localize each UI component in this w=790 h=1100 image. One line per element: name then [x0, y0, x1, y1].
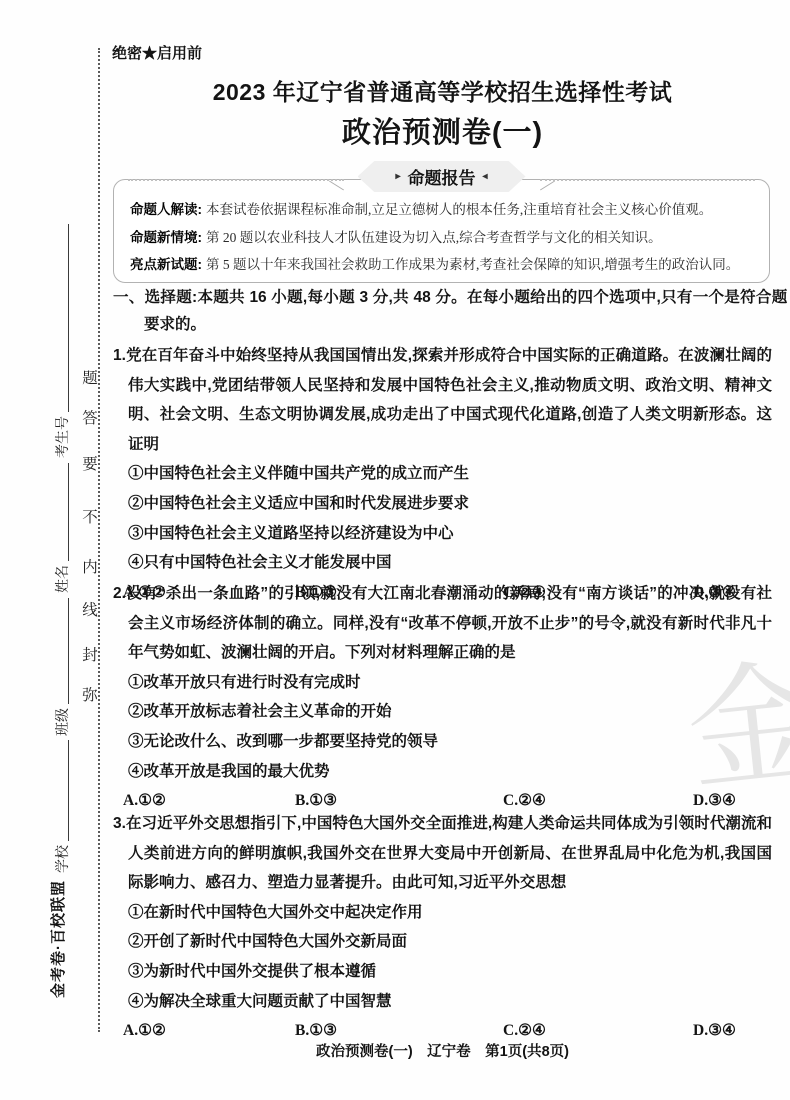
question-2-number: 2. — [113, 585, 126, 602]
name-blank-line — [68, 463, 69, 561]
question-1-option-4: ④只有中国特色社会主义才能发展中国 — [113, 548, 772, 578]
class-field: 班级 — [52, 596, 72, 736]
seal-char-yao: 要 — [81, 452, 99, 474]
question-2-option-2: ②改革开放标志着社会主义革命的开始 — [113, 697, 772, 727]
report-row-new-context: 命题新情境:第 20 题以农业科技人才队伍建设为切入点,综合考查哲学与文化的相关… — [130, 224, 753, 252]
question-2-option-4: ④改革开放是我国的最大优势 — [113, 757, 772, 787]
report-row-text: 本套试卷依据课程标准命制,立足立德树人的根本任务,注重培育社会主义核心价值观。 — [206, 202, 712, 217]
multiple-choice-section-header: 一、选择题:本题共 16 小题,每小题 3 分,共 48 分。在每小题给出的四个… — [113, 284, 790, 338]
school-blank-line — [68, 740, 69, 841]
question-2-stem-text: 没有“杀出一条血路”的引领,就没有大江南北春潮涌动的新局;没有“南方谈话”的冲决… — [126, 585, 772, 661]
class-blank-line — [68, 598, 69, 704]
question-3-option-2: ②开创了新时代中国特色大国外交新局面 — [113, 927, 772, 957]
report-row-label: 命题新情境: — [130, 230, 202, 245]
seal-char-ti: 题 — [81, 366, 99, 388]
seal-char-feng: 封 — [81, 643, 99, 665]
class-label: 班级 — [52, 708, 72, 736]
question-1: 1.党在百年奋斗中始终坚持从我国国情出发,探索并形成符合中国实际的正确道路。在波… — [113, 341, 772, 607]
candidate-number-blank-line — [68, 224, 69, 412]
question-2-stem: 2.没有“杀出一条血路”的引领,就没有大江南北春潮涌动的新局;没有“南方谈话”的… — [113, 579, 772, 668]
seal-char-nei: 内 — [81, 555, 99, 577]
report-badge: ▸ 命题报告 ◂ — [358, 161, 526, 192]
question-1-option-1: ①中国特色社会主义伴随中国共产党的成立而产生 — [113, 459, 772, 489]
badge-right-dotted-line — [540, 179, 756, 181]
seal-char-xian: 线 — [81, 598, 99, 620]
question-1-stem: 1.党在百年奋斗中始终坚持从我国国情出发,探索并形成符合中国实际的正确道路。在波… — [113, 341, 772, 459]
report-row-text: 第 5 题以十年来我国社会救助工作成果为素材,考查社会保障的知识,增强考生的政治… — [206, 257, 739, 272]
seal-char-da: 答 — [81, 406, 99, 428]
question-3-number: 3. — [113, 815, 126, 832]
question-3: 3.在习近平外交思想指引下,中国特色大国外交全面推进,构建人类命运共同体成为引领… — [113, 809, 772, 1046]
school-field: 学校 — [52, 738, 72, 873]
name-label: 姓名 — [52, 565, 72, 593]
candidate-number-field: 考生号 — [52, 222, 72, 458]
name-field: 姓名 — [52, 461, 72, 593]
report-row-label: 命题人解读: — [130, 202, 202, 217]
report-row-interpretation: 命题人解读:本套试卷依据课程标准命制,立足立德树人的根本任务,注重培育社会主义核… — [130, 196, 753, 224]
report-badge-title: 命题报告 — [408, 164, 476, 189]
seal-char-mi: 弥 — [81, 683, 99, 705]
question-2-option-3: ③无论改什么、改到哪一步都要坚持党的领导 — [113, 727, 772, 757]
question-3-option-1: ①在新时代中国特色大国外交中起决定作用 — [113, 898, 772, 928]
question-1-number: 1. — [113, 347, 126, 364]
publisher-brand: 金考卷·百校联盟 — [47, 872, 69, 998]
school-label: 学校 — [52, 845, 72, 873]
paper-subtitle: 政治预测卷(一) — [113, 110, 772, 151]
question-3-stem: 3.在习近平外交思想指引下,中国特色大国外交全面推进,构建人类命运共同体成为引领… — [113, 809, 772, 898]
question-3-option-4: ④为解决全球重大问题贡献了中国智慧 — [113, 987, 772, 1017]
badge-left-dotted-line — [128, 179, 344, 181]
report-row-text: 第 20 题以农业科技人才队伍建设为切入点,综合考查哲学与文化的相关知识。 — [206, 230, 662, 245]
report-rows: 命题人解读:本套试卷依据课程标准命制,立足立德树人的根本任务,注重培育社会主义核… — [114, 180, 769, 279]
report-row-highlight: 亮点新试题:第 5 题以十年来我国社会救助工作成果为素材,考查社会保障的知识,增… — [130, 251, 753, 279]
question-1-stem-text: 党在百年奋斗中始终坚持从我国国情出发,探索并形成符合中国实际的正确道路。在波澜壮… — [126, 347, 772, 453]
badge-arrow-right-icon: ▸ — [395, 171, 400, 182]
exam-title: 2023 年辽宁省普通高等学校招生选择性考试 — [113, 74, 772, 107]
secrecy-label: 绝密★启用前 — [112, 42, 202, 63]
badge-arrow-left-icon: ◂ — [483, 171, 488, 182]
question-3-stem-text: 在习近平外交思想指引下,中国特色大国外交全面推进,构建人类命运共同体成为引领时代… — [126, 815, 772, 891]
question-3-option-3: ③为新时代中国外交提供了根本遵循 — [113, 957, 772, 987]
proposition-report-box: ▸ 命题报告 ◂ 命题人解读:本套试卷依据课程标准命制,立足立德树人的根本任务,… — [113, 179, 770, 283]
question-2: 2.没有“杀出一条血路”的引领,就没有大江南北春潮涌动的新局;没有“南方谈话”的… — [113, 579, 772, 816]
page-footer: 政治预测卷(一) 辽宁卷 第1页(共8页) — [113, 1040, 772, 1061]
question-2-option-1: ①改革开放只有进行时没有完成时 — [113, 668, 772, 698]
seal-char-bu: 不 — [81, 505, 99, 527]
exam-paper-page: 金 考生号 姓名 班级 学校 金考卷·百校联盟 题 答 要 不 内 线 封 弥 … — [0, 0, 790, 1100]
candidate-number-label: 考生号 — [52, 416, 72, 458]
seal-dotted-line — [98, 48, 100, 1032]
report-row-label: 亮点新试题: — [130, 257, 202, 272]
question-1-option-2: ②中国特色社会主义适应中国和时代发展进步要求 — [113, 489, 772, 519]
question-1-option-3: ③中国特色社会主义道路坚持以经济建设为中心 — [113, 519, 772, 549]
